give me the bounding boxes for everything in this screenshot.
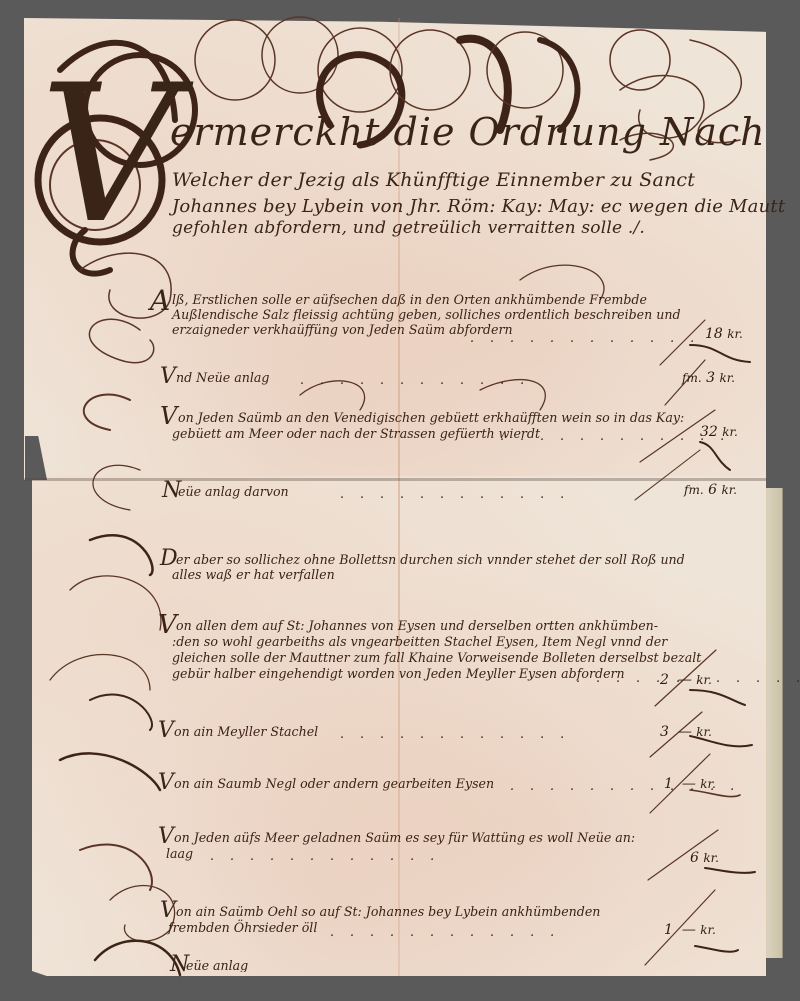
- entry-text-line: Außlendische Salz fleissig achtüng geben…: [172, 307, 681, 322]
- entry-amount: 3 — kr.: [660, 724, 712, 740]
- entry-text-line: er aber so sollichez ohne Bollettsn durc…: [176, 552, 685, 567]
- entry-text-line: frembden Öhrsieder öll: [168, 920, 317, 935]
- entry-amount: 6 kr.: [690, 850, 719, 866]
- heading-line-2: Welcher der Jezig als Khünfftige Einnemb…: [172, 169, 695, 191]
- page-title: ermerckht die Ordnung Nach: [170, 110, 766, 154]
- entry-amount: fm. 3 kr.: [682, 370, 735, 386]
- entry-initial: V: [158, 718, 174, 743]
- entry-text-line: gebüett am Meer oder nach der Strassen g…: [172, 426, 540, 441]
- entry-initial: V: [158, 770, 174, 795]
- dotted-leader: . . . . . . . . . . . .: [470, 330, 700, 345]
- dotted-leader: . . . . . . . . . . . .: [330, 924, 560, 939]
- dotted-leader: . . . . . . . . . . . .: [300, 372, 530, 387]
- entry-text-line: on ain Meyller Stachel: [174, 724, 318, 739]
- dotted-leader: . . . . . . . . . . . .: [340, 486, 570, 501]
- entry-text-line: on ain Saumb Negl oder andern gearbeiten…: [174, 776, 494, 791]
- entry-amount: 1 — kr.: [664, 776, 716, 792]
- entry-text-line: :den so wohl gearbeiths als vngearbeitte…: [172, 634, 667, 649]
- entry-text-line: on ain Saümb Oehl so auf St: Johannes be…: [176, 904, 600, 919]
- entry-initial: V: [160, 364, 176, 389]
- entry-text-line: on allen dem auf St: Johannes von Eysen …: [176, 618, 658, 633]
- entry-initial: A: [150, 284, 170, 317]
- entry-amount: 32 kr.: [700, 424, 738, 440]
- entry-text-line: lß, Erstlichen solle er aüfsechen daß in…: [172, 292, 647, 307]
- heading-line-3: Johannes bey Lybein von Jhr. Röm: Kay: M…: [172, 196, 785, 217]
- entry-text-line: eüe anlag darvon: [178, 484, 289, 499]
- entry-amount: 1 — kr.: [664, 922, 716, 938]
- dotted-leader: . . . . . . . . . . . .: [500, 428, 730, 443]
- entry-text-line: laag: [166, 846, 193, 861]
- heading-line-4: gefohlen abfordern, und getreülich verra…: [172, 218, 645, 238]
- entry-text-line: on Jeden Saümb an den Venedigischen gebü…: [178, 410, 684, 425]
- heading-initial: V: [40, 60, 177, 250]
- entry-amount: 18 kr.: [705, 326, 743, 342]
- entry-text-line: on Jeden aüfs Meer geladnen Saüm es sey …: [174, 830, 635, 845]
- entry-amount: fm. 6 kr.: [684, 482, 737, 498]
- entry-text-line: eüe anlag: [186, 958, 248, 972]
- entry-text-line: gleichen solle der Mauttner zum fall Kha…: [172, 650, 701, 665]
- entry-text-line: alles waß er hat verfallen: [172, 567, 335, 582]
- entry-text-line: nd Neüe anlag: [176, 370, 269, 385]
- entry-text-line: gebür halber eingehendigt worden von Jed…: [172, 666, 625, 681]
- dotted-leader: . . . . . . . . . . . .: [210, 848, 440, 863]
- entry-text-line: erzaigneder verkhaüffüng von Jeden Saüm …: [172, 322, 513, 337]
- dotted-leader: . . . . . . . . . . . .: [340, 726, 570, 741]
- entry-amount: 2 — kr.: [660, 672, 712, 688]
- horizontal-fold-crease: [24, 478, 766, 481]
